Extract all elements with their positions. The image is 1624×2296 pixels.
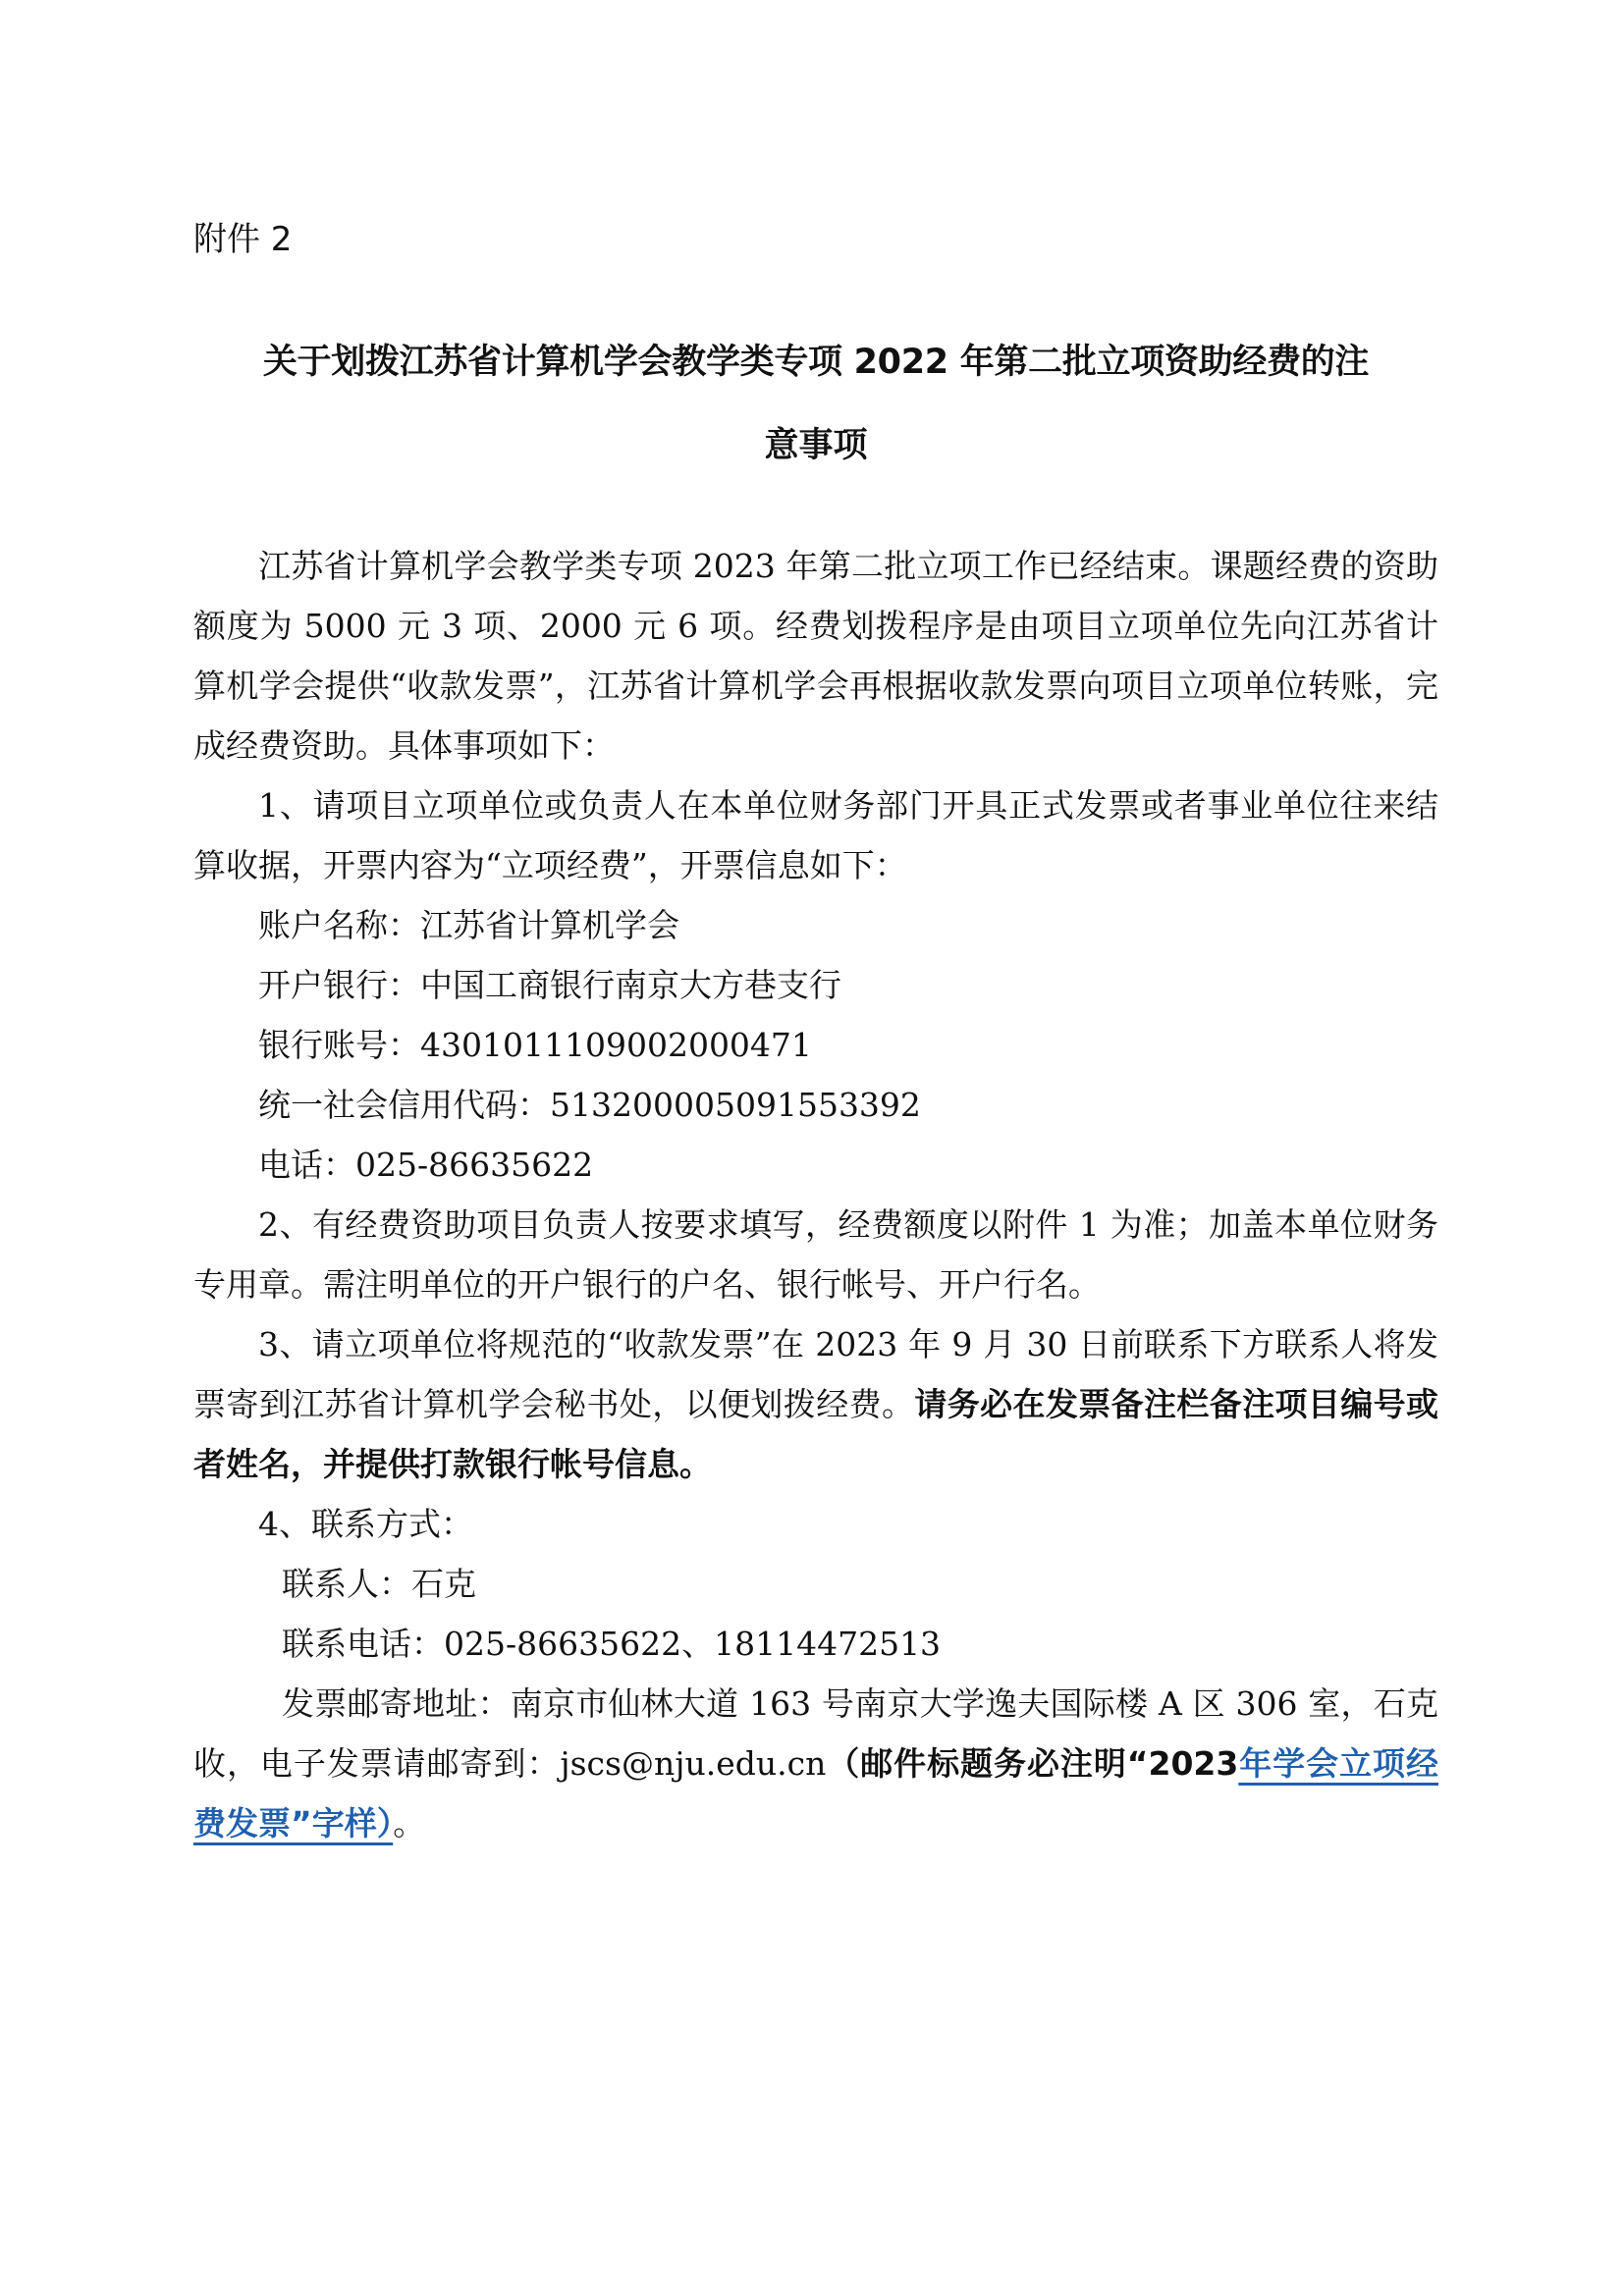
item-3-paragraph: 3、请立项单位将规范的“收款发票”在 2023 年 9 月 30 日前联系下方联… [193,1314,1438,1494]
field-value: 4301011109002000471 [420,1026,812,1064]
invoice-field-bank: 开户银行：中国工商银行南京大方巷支行 [193,955,1438,1015]
field-value: 中国工商银行南京大方巷支行 [420,966,841,1004]
mailing-address-paragraph: 发票邮寄地址：南京市仙林大道 163 号南京大学逸夫国际楼 A 区 306 室，… [193,1674,1438,1853]
field-label: 账户名称： [258,906,420,944]
item-2-paragraph: 2、有经费资助项目负责人按要求填写，经费额度以附件 1 为准；加盖本单位财务专用… [193,1195,1438,1314]
item-4-heading: 4、联系方式： [193,1494,1438,1554]
field-label: 统一社会信用代码： [258,1086,550,1124]
document-body: 江苏省计算机学会教学类专项 2023 年第二批立项工作已经结束。课题经费的资助额… [193,536,1438,1853]
document-title-line1: 关于划拨江苏省计算机学会教学类专项 2022 年第二批立项资助经费的注 [193,341,1438,384]
attachment-label: 附件 2 [193,218,292,261]
phone-value: 025-86635622、18114472513 [444,1625,941,1663]
field-label: 开户银行： [258,966,420,1004]
phone-label: 联系电话： [282,1625,444,1663]
invoice-field-phone: 电话：025-86635622 [193,1135,1438,1195]
invoice-field-account-name: 账户名称：江苏省计算机学会 [193,895,1438,955]
field-value: 51320000509155339​2 [550,1086,921,1124]
invoice-field-account-number: 银行账号：4301011109002000471 [193,1015,1438,1075]
contact-phone: 联系电话：025-86635622、18114472513 [193,1614,1438,1674]
field-label: 银行账号： [258,1026,420,1064]
email-subject-note: （邮件标题务必注明“2023 [826,1744,1238,1783]
field-value: 025-86635622 [355,1146,593,1184]
field-label: 电话： [258,1146,355,1184]
item-1-paragraph: 1、请项目立项单位或负责人在本单位财务部门开具正式发票或者事业单位往来结算收据，… [193,775,1438,895]
contact-label: 联系人： [282,1565,411,1603]
field-value: 江苏省计算机学会 [420,906,679,944]
email-address: jscs@nju.edu.cn [560,1744,826,1783]
document-title-line2: 意事项 [193,424,1438,467]
intro-paragraph: 江苏省计算机学会教学类专项 2023 年第二批立项工作已经结束。课题经费的资助额… [193,536,1438,775]
contact-person: 联系人：石克 [193,1554,1438,1614]
contact-value: 石克 [411,1565,476,1603]
end-punctuation: 。 [393,1804,425,1842]
invoice-field-credit-code: 统一社会信用代码：51320000509155339​2 [193,1075,1438,1135]
address-label: 发票邮寄地址： [282,1684,511,1723]
